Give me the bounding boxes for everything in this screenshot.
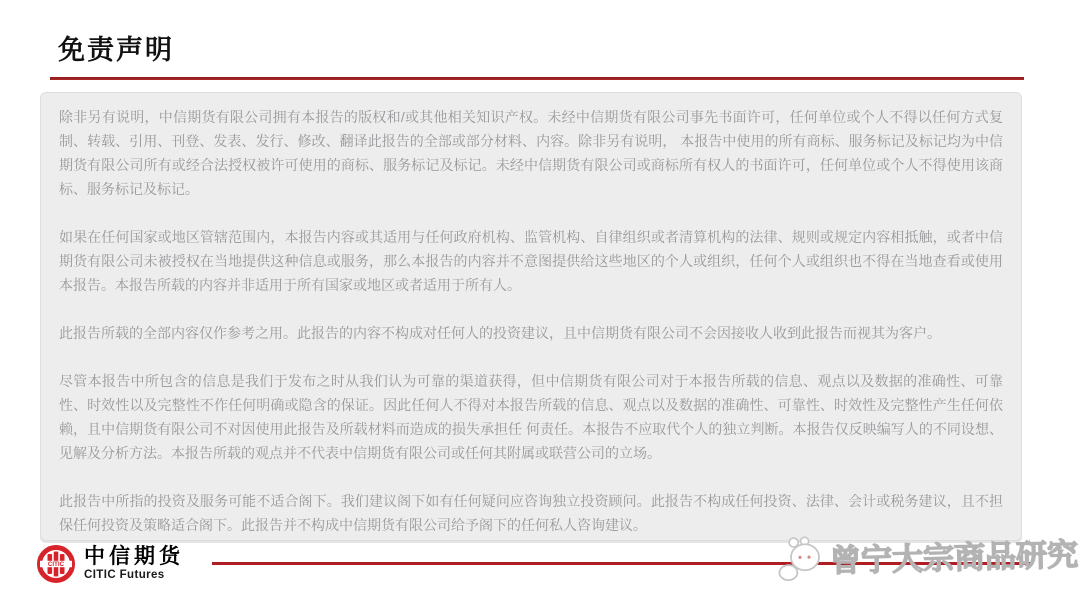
citic-logo-icon: CITIC — [36, 544, 76, 584]
mascot-icon — [777, 535, 828, 582]
company-name-en: CITIC Futures — [84, 570, 184, 582]
disclaimer-box: 除非另有说明，中信期货有限公司拥有本报告的版权和/或其他相关知识产权。未经中信期… — [40, 92, 1022, 541]
disclaimer-paragraph-5: 此报告中所指的投资及服务可能不适合阁下。我们建议阁下如有任何疑问应咨询独立投资顾… — [59, 489, 1003, 537]
disclaimer-paragraph-2: 如果在任何国家或地区管辖范围内，本报告内容或其适用与任何政府机构、监管机构、自律… — [59, 225, 1003, 297]
citic-brand: CITIC 中信期货 CITIC Futures — [36, 544, 184, 584]
page-title: 免责声明 — [58, 28, 174, 67]
citic-logo-letters: CITIC — [48, 561, 65, 568]
disclaimer-paragraph-1: 除非另有说明，中信期货有限公司拥有本报告的版权和/或其他相关知识产权。未经中信期… — [59, 105, 1003, 201]
title-divider — [50, 77, 1024, 80]
disclaimer-paragraph-4: 尽管本报告中所包含的信息是我们于发布之时从我们认为可靠的渠道获得，但中信期货有限… — [59, 369, 1003, 465]
brand-names: 中信期货 CITIC Futures — [84, 546, 184, 582]
research-watermark: 曾宁大宗商品研究 — [777, 528, 1078, 582]
company-name-cn: 中信期货 — [84, 546, 184, 567]
disclaimer-paragraph-3: 此报告所载的全部内容仅作参考之用。此报告的内容不构成对任何人的投资建议，且中信期… — [59, 321, 1003, 345]
watermark-text: 曾宁大宗商品研究 — [829, 529, 1078, 580]
